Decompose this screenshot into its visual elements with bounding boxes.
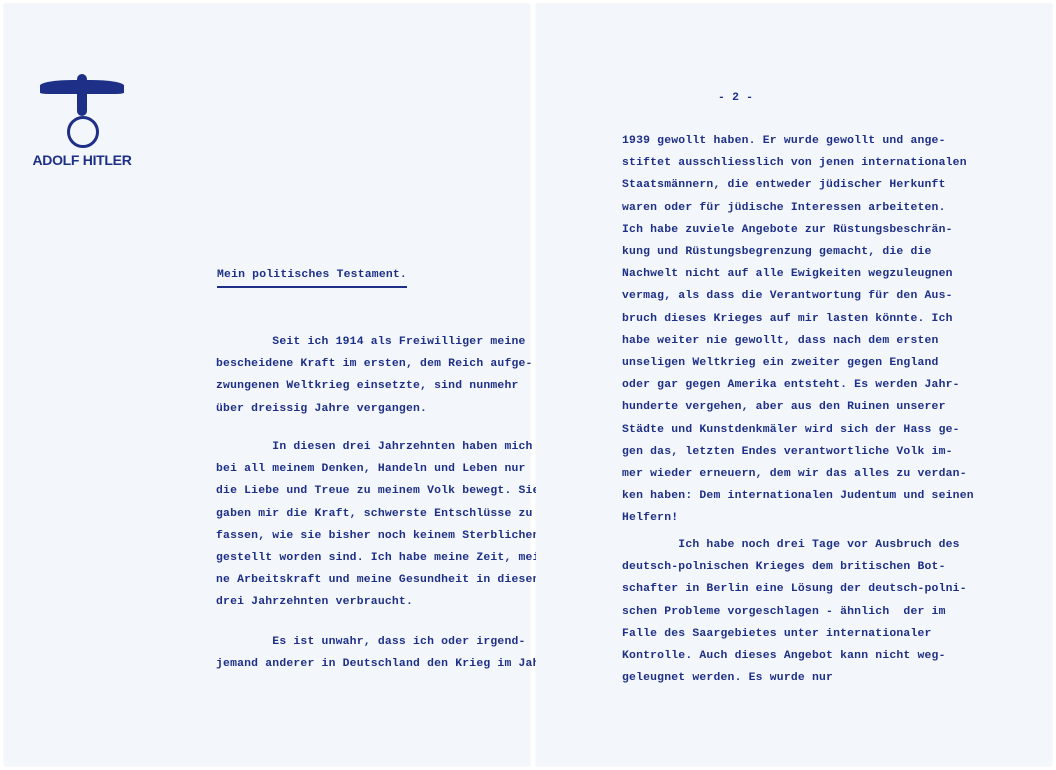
paragraph-1: Seit ich 1914 als Freiwilliger meine bes…: [216, 331, 533, 420]
eagle-emblem-icon: [37, 72, 127, 152]
document-title-block: Mein politisches Testament.: [217, 269, 407, 288]
letterhead: ADOLF HITLER: [32, 72, 132, 168]
document-page-2: - 2 - 1939 gewollt haben. Er wurde gewol…: [536, 4, 1052, 766]
letterhead-name: ADOLF HITLER: [32, 152, 132, 168]
paragraph-5: Ich habe noch drei Tage vor Ausbruch des…: [622, 534, 967, 689]
page-number: - 2 -: [718, 92, 753, 104]
paragraph-2: In diesen drei Jahrzehnten haben mich be…: [216, 436, 547, 614]
paragraph-4: 1939 gewollt haben. Er wurde gewollt und…: [622, 130, 974, 530]
paragraph-3: Es ist unwahr, dass ich oder irgend- jem…: [216, 631, 554, 675]
document-title: Mein politisches Testament.: [217, 269, 407, 288]
document-page-1: ADOLF HITLER Mein politisches Testament.…: [4, 4, 530, 766]
